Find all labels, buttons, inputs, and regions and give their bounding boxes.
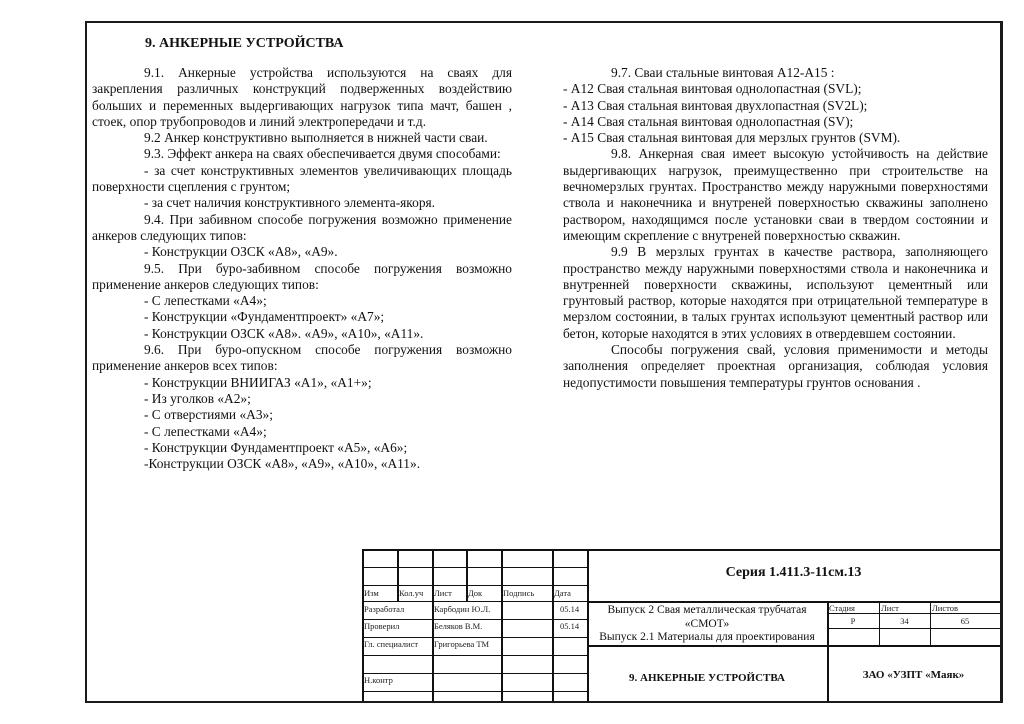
- title-block: Изм Кол.уч Лист Док Подпись Дата Разрабо…: [362, 549, 1000, 701]
- grid-line: [552, 601, 554, 701]
- sheets-label: Листов: [932, 603, 958, 613]
- list-item: - за счет наличия конструктивного элемен…: [92, 195, 512, 211]
- organization-name: ЗАО «УЗПТ «Маяк»: [827, 669, 1000, 681]
- signer-name: Григорьева ТМ: [434, 639, 489, 649]
- list-item: - Конструкции ОЗСК «А8». «А9», «А10», «А…: [92, 326, 512, 342]
- stage-label: Стадия: [829, 603, 855, 613]
- list-item: - Из уголков «А2»;: [92, 391, 512, 407]
- paragraph-9-7: 9.7. Сваи стальные винтовая А12-А15 :: [563, 65, 988, 81]
- grid-line: [587, 645, 1000, 647]
- header-label: Изм: [364, 588, 379, 598]
- left-text-column: 9.1. Анкерные устройства используются на…: [92, 65, 512, 472]
- right-text-column: 9.7. Сваи стальные винтовая А12-А15 : - …: [563, 65, 988, 391]
- sheet-label: Лист: [881, 603, 899, 613]
- list-item: - А12 Свая стальная винтовая однолопастн…: [563, 81, 988, 97]
- role-label: Гл. специалист: [364, 639, 418, 649]
- paragraph-9-3: 9.3. Эффект анкера на сваях обеспечивает…: [92, 146, 512, 162]
- list-item: - С лепестками «А4»;: [92, 293, 512, 309]
- list-item: - Конструкции Фундаментпроект «А5», «А6»…: [92, 440, 512, 456]
- paragraph-9-4: 9.4. При забивном способе погружения воз…: [92, 212, 512, 245]
- list-item: -Конструкции ОЗСК «А8», «А9», «А10», «А1…: [92, 456, 512, 472]
- list-item: - Конструкции ВНИИГАЗ «А1», «А1+»;: [92, 375, 512, 391]
- role-label: Проверил: [364, 621, 399, 631]
- grid-line: [362, 549, 1000, 551]
- issue-line: «СМОТ»: [587, 618, 827, 632]
- list-item: - А15 Свая стальная винтовая для мерзлых…: [563, 130, 988, 146]
- role-label: Разработал: [364, 604, 404, 614]
- list-item: - А13 Свая стальная винтовая двухлопастн…: [563, 98, 988, 114]
- role-label: Н.контр: [364, 675, 393, 685]
- list-item: - С отверстиями «А3»;: [92, 407, 512, 423]
- sheet-value: 34: [879, 616, 930, 626]
- grid-line: [827, 613, 1000, 614]
- header-label: Лист: [434, 588, 452, 598]
- grid-line: [827, 628, 1000, 629]
- list-item: - С лепестками «А4»;: [92, 424, 512, 440]
- stage-value: Р: [827, 616, 879, 626]
- header-label: Дата: [554, 588, 571, 598]
- paragraph-9-9: 9.9 В мерзлых грунтах в качестве раствор…: [563, 244, 988, 342]
- issue-description: Выпуск 2 Свая металлическая трубчатая «С…: [587, 604, 827, 645]
- issue-line: Выпуск 2 Свая металлическая трубчатая: [587, 604, 827, 618]
- sign-date: 05.14: [552, 604, 587, 614]
- issue-line: Выпуск 2.1 Материалы для проектирования: [587, 631, 827, 645]
- paragraph-9-2: 9.2 Анкер конструктивно выполняется в ни…: [92, 130, 512, 146]
- section-heading: 9. АНКЕРНЫЕ УСТРОЙСТВА: [145, 36, 344, 52]
- list-item: - Конструкции ОЗСК «А8», «А9».: [92, 244, 512, 260]
- signer-name: Карбодин Ю.Л.: [434, 604, 490, 614]
- grid-line: [501, 601, 503, 701]
- paragraph-9-6: 9.6. При буро-опускном способе погружени…: [92, 342, 512, 375]
- grid-line: [432, 601, 434, 701]
- paragraph-9-5: 9.5. При буро-забивном способе погружени…: [92, 261, 512, 294]
- sheet-title: 9. АНКЕРНЫЕ УСТРОЙСТВА: [587, 672, 827, 684]
- paragraph-methods: Способы погружения свай, условия примени…: [563, 342, 988, 391]
- list-item: - за счет конструктивных элементов увели…: [92, 163, 512, 196]
- list-item: - А14 Свая стальная винтовая однолопастн…: [563, 114, 988, 130]
- signer-name: Беляков В.М.: [434, 621, 482, 631]
- header-label: Подпись: [503, 588, 534, 598]
- header-label: Кол.уч: [399, 588, 423, 598]
- paragraph-9-1: 9.1. Анкерные устройства используются на…: [92, 65, 512, 130]
- sign-date: 05.14: [552, 621, 587, 631]
- paragraph-9-8: 9.8. Анкерная свая имеет высокую устойчи…: [563, 146, 988, 244]
- list-item: - Конструкции «Фундаментпроект» «А7»;: [92, 309, 512, 325]
- sheets-value: 65: [930, 616, 1000, 626]
- series-number: Серия 1.411.3-11см.13: [587, 565, 1000, 581]
- header-label: Док: [468, 588, 482, 598]
